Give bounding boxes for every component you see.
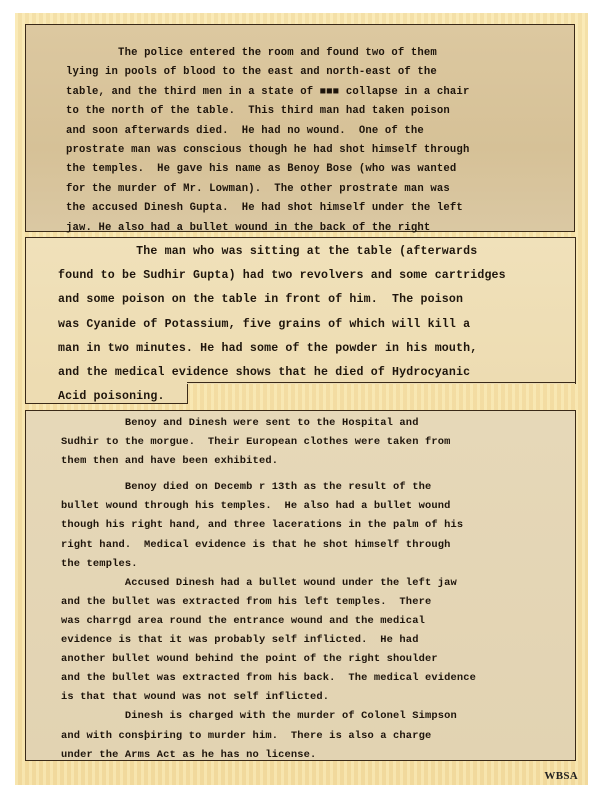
panel3-para2: Benoy died on Decemb r 13th as the resul… — [61, 478, 575, 764]
text-line: and soon afterwards died. He had no woun… — [66, 122, 574, 141]
text-line: the temples. — [61, 555, 575, 574]
text-line: to the north of the table. This third ma… — [66, 102, 574, 121]
text-line: them then and have been exhibited. — [61, 452, 575, 471]
text-line: table, and the third men in a state of ■… — [66, 83, 574, 102]
text-line: Dinesh is charged with the murder of Col… — [61, 707, 575, 726]
text-line: evidence is that it was probably self in… — [61, 631, 575, 650]
text-line: right hand. Medical evidence is that he … — [61, 536, 575, 555]
panel2-lines: The man who was sitting at the table (af… — [58, 240, 506, 409]
text-line: and the bullet was extracted from his ba… — [61, 669, 575, 688]
text-line: is that that wound was not self inflicte… — [61, 688, 575, 707]
text-line: though his right hand, and three lacerat… — [61, 516, 575, 535]
text-line: Benoy died on Decemb r 13th as the resul… — [61, 478, 575, 497]
text-line: bullet wound through his temples. He als… — [61, 497, 575, 516]
text-line: and with consþiring to murder him. There… — [61, 727, 575, 746]
text-line: another bullet wound behind the point of… — [61, 650, 575, 669]
text-line: under the Arms Act as he has no license. — [61, 746, 575, 765]
text-panel-sudhir-gupta: The man who was sitting at the table (af… — [25, 237, 576, 384]
text-line: jaw. He also had a bullet wound in the b… — [66, 219, 574, 238]
text-line: prostrate man was conscious though he ha… — [66, 141, 574, 160]
text-line: Accused Dinesh had a bullet wound under … — [61, 574, 575, 593]
text-panel-hospital-report: Benoy and Dinesh were sent to the Hospit… — [25, 410, 576, 761]
text-line: The police entered the room and found tw… — [66, 44, 574, 63]
panel3-para1: Benoy and Dinesh were sent to the Hospit… — [61, 414, 575, 471]
panel-divider — [187, 382, 576, 383]
text-line: Acid poisoning. — [58, 385, 506, 409]
text-line: The man who was sitting at the table (af… — [58, 240, 506, 264]
text-line: and some poison on the table in front of… — [58, 288, 506, 312]
text-line: was Cyanide of Potassium, five grains of… — [58, 313, 506, 337]
text-line: found to be Sudhir Gupta) had two revolv… — [58, 264, 506, 288]
text-line: lying in pools of blood to the east and … — [66, 63, 574, 82]
text-line: for the murder of Mr. Lowman). The other… — [66, 180, 574, 199]
archive-watermark: WBSA — [544, 770, 578, 782]
text-line: was charrgd area round the entrance woun… — [61, 612, 575, 631]
text-panel-police-findings: The police entered the room and found tw… — [25, 24, 575, 232]
panel1-lines: The police entered the room and found tw… — [66, 44, 574, 257]
text-line: man in two minutes. He had some of the p… — [58, 337, 506, 361]
paragraph-gap — [61, 471, 575, 478]
text-line: Sudhir to the morgue. Their European clo… — [61, 433, 575, 452]
text-line: the temples. He gave his name as Benoy B… — [66, 160, 574, 179]
text-line: Benoy and Dinesh were sent to the Hospit… — [61, 414, 575, 433]
text-line: and the bullet was extracted from his le… — [61, 593, 575, 612]
text-line: the accused Dinesh Gupta. He had shot hi… — [66, 199, 574, 218]
